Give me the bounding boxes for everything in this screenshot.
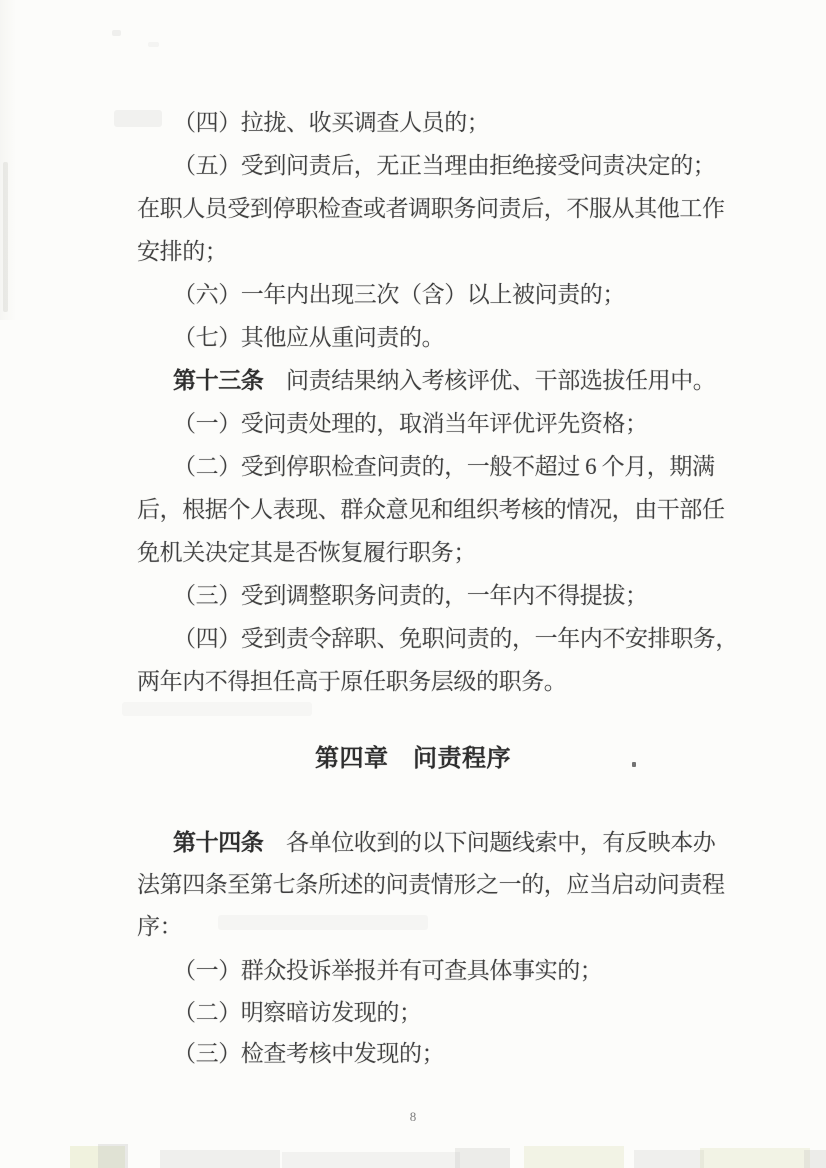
document-line: 免机关决定其是否恢复履行职务； — [137, 531, 743, 574]
document-line: （七）其他应从重问责的。 — [137, 316, 743, 359]
document-line: 在职人员受到停职检查或者调职务问责后，不服从其他工作 — [137, 187, 743, 230]
document-line: （二）受到停职检查问责的，一般不超过 6 个月，期满 — [137, 445, 743, 488]
scan-bottom-blotch — [160, 1150, 280, 1168]
document-line-article-13: 第十三条 问责结果纳入考核评优、干部选拔任用中。 — [137, 359, 743, 402]
document-line: （六）一年内出现三次（含）以上被问责的； — [137, 273, 743, 316]
scan-bottom-blotch — [282, 1152, 460, 1168]
document-line: （二）明察暗访发现的； — [137, 991, 743, 1034]
document-line: 序： — [137, 905, 743, 948]
document-line: （三）受到调整职务问责的，一年内不得提拔； — [137, 574, 743, 617]
document-line: 两年内不得担任高于原任职务层级的职务。 — [137, 660, 743, 703]
document-line: 后，根据个人表现、群众意见和组织考核的情况，由干部任 — [137, 488, 743, 531]
article-number: 第十三条 — [173, 368, 263, 393]
document-line: （四）受到责令辞职、免职问责的，一年内不安排职务， — [137, 617, 743, 660]
document-line: 安排的； — [137, 230, 743, 273]
scan-edge-line — [3, 162, 8, 312]
scan-bottom-blotch — [700, 1148, 810, 1168]
document-line: （一）群众投诉举报并有可查具体事实的； — [137, 949, 743, 992]
page-number: 8 — [0, 1108, 826, 1126]
document-page: （四）拉拢、收买调查人员的； （五）受到问责后，无正当理由拒绝接受问责决定的； … — [0, 0, 826, 1168]
document-line: （四）拉拢、收买调查人员的； — [137, 101, 743, 144]
document-line: （一）受问责处理的，取消当年评优评先资格； — [137, 402, 743, 445]
chapter-heading: 第四章 问责程序 — [0, 736, 826, 782]
scan-bottom-blotch — [804, 1150, 826, 1168]
scan-bottom-blotch — [70, 1146, 125, 1168]
document-line-article-14: 第十四条 各单位收到的以下问题线索中，有反映本办 — [137, 821, 743, 864]
scan-speck — [112, 30, 121, 36]
scan-speck — [148, 42, 159, 47]
document-line: （五）受到问责后，无正当理由拒绝接受问责决定的； — [137, 144, 743, 187]
line-text: 各单位收到的以下问题线索中，有反映本办 — [263, 830, 715, 855]
scan-bottom-blotch — [524, 1146, 624, 1168]
scanned-document-page: { "colors": { "paper": "#fcfcfa", "ink":… — [0, 0, 826, 1168]
document-line: （三）检查考核中发现的； — [137, 1032, 743, 1075]
article-number: 第十四条 — [173, 830, 263, 855]
scan-bottom-blotch — [98, 1144, 128, 1168]
scan-bottom-blotch — [455, 1148, 510, 1168]
scan-bottom-blotch — [634, 1150, 704, 1168]
scan-edge-shading — [0, 0, 16, 320]
scan-smudge — [122, 702, 312, 716]
document-line: 法第四条至第七条所述的问责情形之一的，应当启动问责程 — [137, 863, 743, 906]
line-text: 问责结果纳入考核评优、干部选拔任用中。 — [263, 368, 715, 393]
